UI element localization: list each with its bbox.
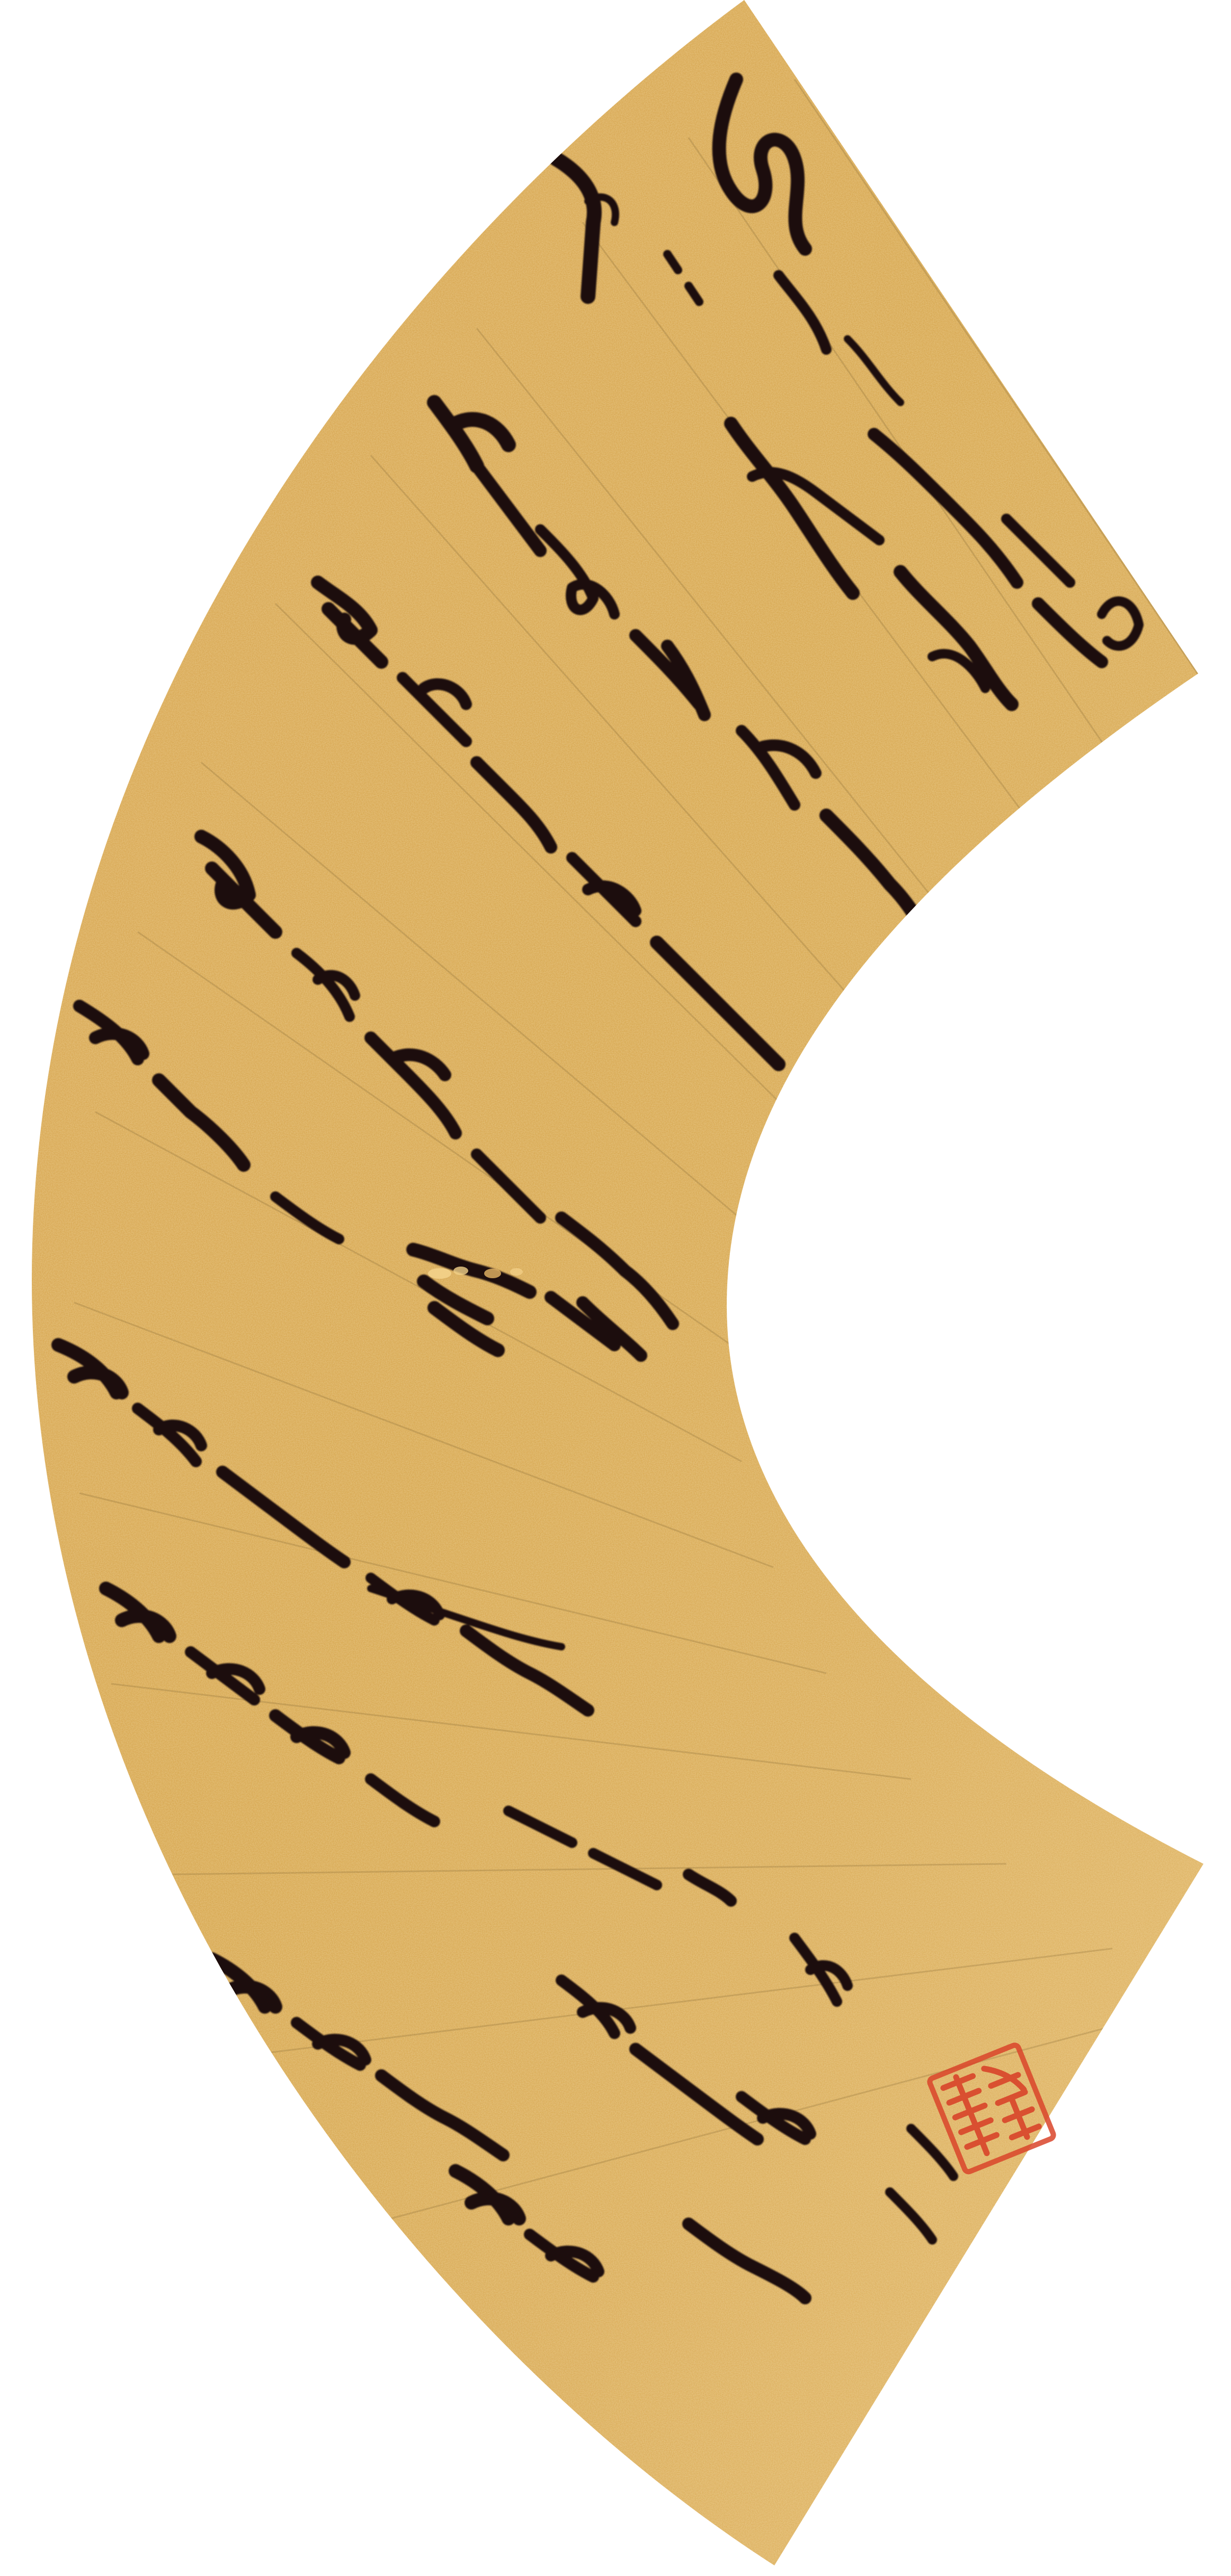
fan-paper (0, 0, 1231, 2576)
fan-leaf-svg (0, 0, 1231, 2576)
fan-leaf-artwork (0, 0, 1231, 2576)
